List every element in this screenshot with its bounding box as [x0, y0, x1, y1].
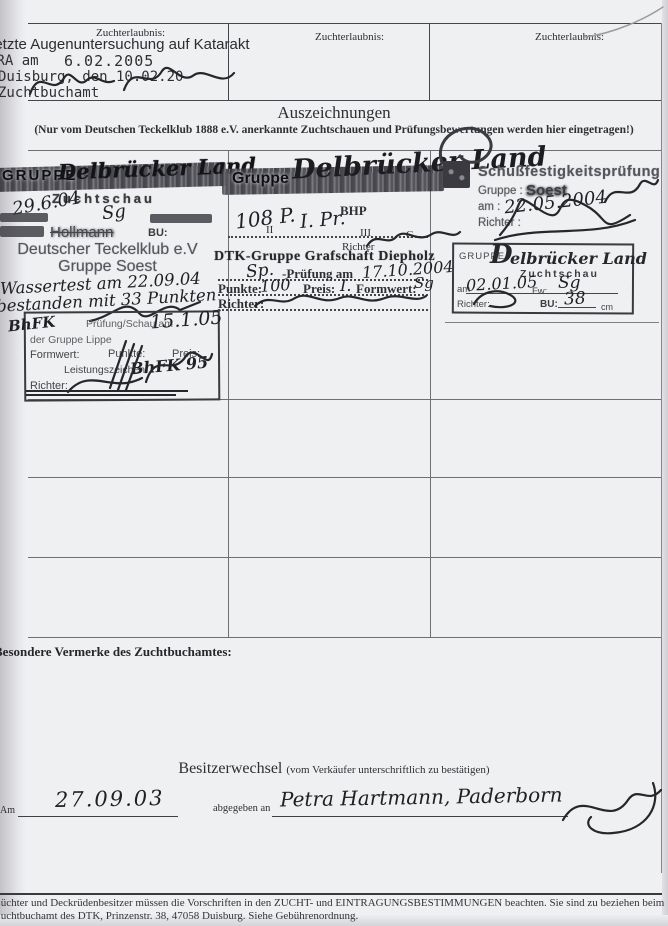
owner-change-recipient-line: [272, 816, 568, 817]
eye-exam-line1: Letzte Augenuntersuchung auf Katarakt: [0, 36, 250, 53]
scan-right-rule: [661, 23, 662, 873]
owner-change-abgegeben-label: abgegeben an: [213, 803, 270, 814]
bhp-value-1: 108 P.: [234, 202, 297, 233]
delbrueck-band-mid-gruppe: Gruppe: [232, 170, 289, 188]
footer-line1: Züchter und Deckrüdenbesitzer müssen die…: [0, 897, 664, 909]
top-right-pen-mark: [585, 5, 665, 40]
delbrueck-box-richter-signature: [470, 286, 525, 312]
stamp-smudge-3: [0, 226, 44, 237]
diepholz-richter-signature: [250, 290, 430, 312]
schuss-signature-2: [600, 172, 660, 212]
teckelklub-stamp-line1: Deutscher Teckelklub e.V: [0, 241, 220, 259]
stamp-smudge-2: [150, 214, 212, 223]
lippe-underline-2: [26, 394, 176, 396]
owner-change-date-line: [18, 816, 178, 817]
right-column-underline: [445, 322, 659, 323]
zuchtschau-left-bu-label: BU:: [148, 227, 168, 239]
scanned-breeding-record-page: Zuchterlaubnis: Zuchterlaubnis: Zuchterl…: [0, 0, 668, 926]
awards-table-top: [28, 150, 661, 151]
lippe-richter-signatures: [50, 336, 220, 396]
awards-row-line-3: [28, 557, 661, 558]
stamp-smudge-1: [0, 213, 48, 222]
owner-change-subtitle: (vom Verkäufer unterschriftlich zu bestä…: [286, 764, 489, 776]
awards-col-divider-1: [228, 150, 229, 637]
club-emblem-icon: [443, 161, 470, 188]
bhp-value-2: I. Pr.: [299, 207, 346, 233]
section-title: Auszeichnungen: [0, 103, 668, 123]
permits-table-top-border: [28, 23, 661, 24]
owner-change-title: Besitzerwechsel: [178, 760, 282, 777]
scan-left-edge: [0, 0, 26, 926]
awards-table-bottom: [28, 637, 661, 638]
footer-line2: Zuchtbuchamt des DTK, Prinzenstr. 38, 47…: [0, 910, 358, 922]
awards-col-divider-2: [430, 150, 431, 637]
zuchtschau-left-grade: Sg: [101, 201, 127, 224]
delbrueck-box-name: elbrücker Land: [510, 249, 647, 268]
delbrueck-box-bu-line: [558, 307, 596, 308]
zuchtbuchamt-signature: [24, 56, 239, 104]
delbrueck-box-unit: cm: [601, 302, 613, 312]
delbrueck-box-bu-label: BU:: [540, 299, 558, 310]
permits-table-divider-2: [429, 23, 430, 100]
owner-change-am-label: Am: [0, 805, 15, 816]
owner-change-signature: [553, 775, 665, 837]
permit-label-2: Zuchterlaubnis:: [315, 31, 384, 43]
awards-row-line-2: [28, 477, 661, 478]
special-notes-label: Besondere Vermerke des Zuchtbuchamtes:: [0, 644, 232, 660]
zuchtschau-left-judge: Hollmann: [50, 224, 113, 241]
section-subtitle: (Nur vom Deutschen Teckelklub 1888 e.V. …: [0, 124, 668, 136]
delbrueck-box-fw-label: Fw:: [532, 286, 547, 297]
owner-change-date: 27.09.03: [55, 786, 165, 812]
footer-rule: [0, 893, 662, 895]
lippe-underline-1: [26, 390, 188, 392]
owner-change-recipient: Petra Hartmann, Paderborn: [280, 783, 563, 812]
